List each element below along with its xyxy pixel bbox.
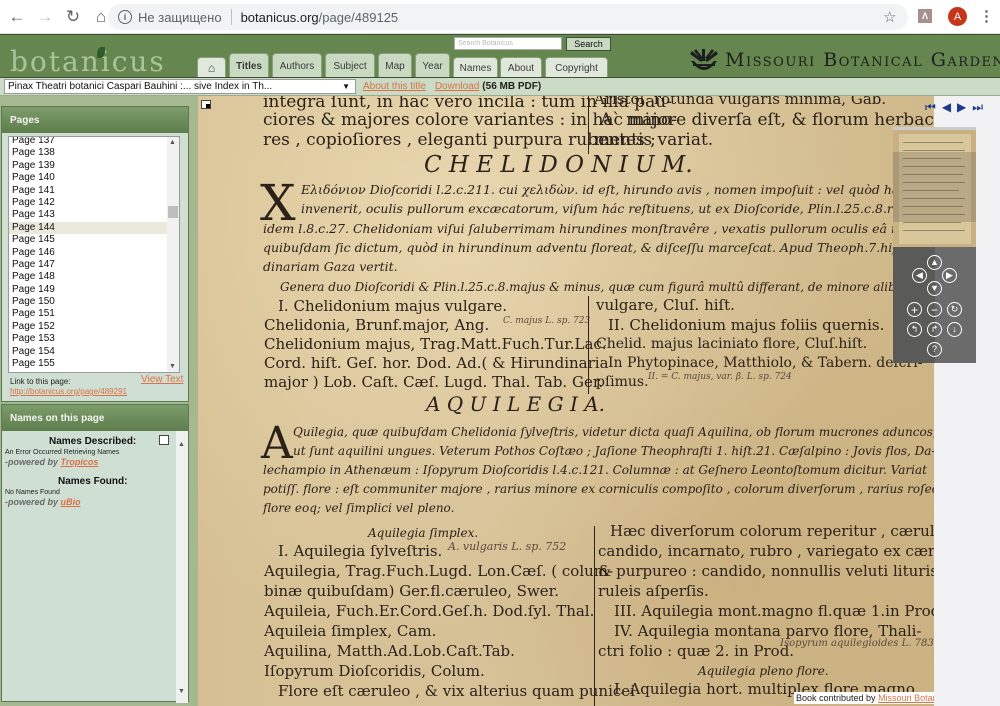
scan-text: A` majore diverſa eſt, & florum herbacei… [600, 112, 934, 129]
bookmark-star-icon[interactable]: ☆ [883, 8, 896, 26]
download-size: (56 MB PDF) [482, 81, 541, 92]
scan-text: Iſopyrum Dioſcoridis, Colum. [264, 664, 485, 679]
page-list-item[interactable]: Page 142 [9, 197, 167, 209]
address-bar[interactable]: i Не защищено botanicus.org/page/489125 [108, 4, 908, 30]
viewport-indicator[interactable] [893, 152, 976, 222]
ubio-link[interactable]: uBio [61, 497, 81, 507]
tab-label: Year [422, 61, 442, 72]
pages-panel: Pages Page 137Page 138Page 139Page 140Pa… [1, 106, 189, 402]
pan-left-icon[interactable]: ◀ [912, 268, 927, 283]
browser-toolbar: ← → ↻ ⌂ i Не защищено botanicus.org/page… [0, 0, 1000, 34]
page-list-item[interactable]: Page 152 [9, 321, 167, 333]
scan-text: candido, incarnato, rubro , variegato ex… [598, 544, 934, 559]
page-list-item[interactable]: Page 141 [9, 185, 167, 197]
drop-cap: A [261, 422, 293, 466]
scroll-up-icon[interactable]: ▲ [178, 441, 185, 448]
info-icon[interactable]: i [118, 10, 132, 24]
scan-text: Hæc diverſorum colorum reperitur , cærul… [610, 524, 934, 539]
scan-text: Aquilegia, Trag.Fuch.Lugd. Lon.Cæſ. ( co… [264, 564, 613, 579]
link-label: Link to this page: [10, 377, 70, 386]
tab-home[interactable]: ⌂ [197, 57, 226, 78]
botanicus-logo[interactable]: botanicus [10, 47, 166, 77]
zoom-out-icon[interactable]: − [927, 302, 942, 317]
scan-text: ruleis aſperſis. [598, 584, 709, 599]
scan-text: I. Chelidonium majus vulgare. [278, 299, 507, 314]
names-body: Names Described: An Error Occurred Retri… [2, 431, 188, 703]
pages-listbox[interactable]: Page 137Page 138Page 139Page 140Page 141… [8, 136, 180, 373]
viewer-controls: ▲ ◀ ▶ ▼ + − ↻ ↰ ↱ ↓ ? [893, 247, 976, 363]
contributed-label: Book contributed by [796, 693, 878, 703]
handwritten-note: A. vulgaris L. sp. 752 [448, 540, 566, 553]
handwritten-note: Isopyrum aquilegioides L. 783 [780, 638, 934, 649]
scan-text: idem l.8.c.27. Chelidoniam viſui ſaluber… [263, 223, 934, 236]
powered-by-tropicos: -powered by Tropicos [5, 457, 98, 467]
pan-right-icon[interactable]: ▶ [942, 268, 957, 283]
page-list-item[interactable]: Page 155 [9, 358, 167, 370]
url-host: botanicus.org [241, 10, 319, 25]
scan-text: III. Aquilegia mont.magno fl.quæ 1.in Pr… [614, 604, 934, 619]
scan-text: Chelidonium majus, Trag.Matt.Fuch.Tur.La… [264, 337, 607, 352]
scan-text: Genera duo Dioſcoridi & Plin.l.25.c.8.ma… [280, 281, 934, 293]
scan-text: II. Chelidonium majus foliis quernis. [608, 318, 884, 333]
scan-text: Quilegia, quæ quibuſdam Chelidonia ſylve… [293, 426, 934, 438]
handwritten-note: C. majus L. sp. 723 [503, 316, 590, 326]
scan-text: Chelidonia, Brunf.major, Ang. [264, 318, 489, 333]
contributed-by-label: Book contributed by Missouri Botanical G… [794, 692, 934, 704]
page-thumbnail[interactable] [893, 127, 976, 247]
fullscreen-toggle-icon[interactable] [201, 100, 211, 109]
pdf-extension-icon[interactable]: Λ [918, 9, 932, 23]
scan-text: dinariam Gaza vertit. [263, 261, 398, 274]
view-text-link[interactable]: View Text [141, 374, 183, 385]
title-select[interactable]: Pinax Theatri botanici Caspari Bauhini :… [4, 79, 356, 94]
found-message: No Names Found [5, 489, 60, 496]
tab-copyright[interactable]: Copyright [545, 57, 608, 78]
scan-text: pſimus. [596, 375, 649, 389]
scan-text: binæ quibuſdam) Ger.fl.cæruleo, Swer. [264, 584, 559, 599]
scan-text: IV. Aquilegia montana parvo flore, Thali… [614, 624, 922, 639]
rotate-icon[interactable]: ↻ [947, 302, 962, 317]
described-message: An Error Occurred Retrieving Names [5, 449, 119, 456]
tab-label: Titles [236, 61, 262, 72]
mbg-emblem-icon [688, 47, 720, 75]
page-list-item[interactable]: Page 147 [9, 259, 167, 271]
rotate-left-icon[interactable]: ↰ [907, 322, 922, 337]
scroll-up-icon[interactable]: ▲ [169, 139, 176, 146]
scan-text: Aquileia ſimplex, Cam. [264, 624, 436, 639]
security-label: Не защищено [138, 10, 222, 25]
tab-subject[interactable]: Subject [325, 53, 375, 78]
names-scrollbar[interactable]: ▲ ▼ [176, 431, 188, 703]
selected-title: Pinax Theatri botanici Caspari Bauhini :… [8, 81, 272, 92]
scan-text: potiſſ. flore : eſt communiter majore , … [263, 483, 934, 495]
names-panel: Names on this page Names Described: An E… [1, 404, 189, 702]
page-list-item[interactable]: Page 146 [9, 247, 167, 259]
column-rule [594, 526, 595, 706]
section-heading: A Q U I L E G I A. [426, 394, 605, 414]
browser-menu-icon[interactable]: ⋮ [979, 7, 994, 25]
page-navigator: ⏮ ◀ ▶ ⏭ [925, 100, 983, 115]
names-described-checkbox[interactable] [159, 435, 169, 445]
title-bar: Pinax Theatri botanici Caspari Bauhini :… [0, 77, 1000, 96]
divider [231, 9, 232, 25]
page-permalink[interactable]: http://botanicus.org/page/489291 [10, 387, 127, 396]
scan-text: In Phytopinace, Matthiolo, & Tabern. deſ… [608, 356, 922, 370]
sub-heading: Aquilegia pleno flore. [698, 665, 829, 677]
page-list-item[interactable]: Page 153 [9, 333, 167, 345]
page-list-item[interactable]: Page 143 [9, 209, 167, 221]
tab-names[interactable]: Names [453, 57, 498, 78]
pan-up-icon[interactable]: ▲ [927, 255, 942, 270]
scan-text: ut ſunt aquilini ungues. Veterum Pothos … [293, 445, 934, 457]
page-list-item[interactable]: Page 139 [9, 160, 167, 172]
home-icon: ⌂ [208, 61, 215, 75]
scan-text: invenerit, oculis pullorum excæcatorum, … [301, 203, 934, 216]
names-described-heading: Names Described: [49, 436, 136, 447]
scan-text: Chelid. majus laciniato flore, Cluſ.hiſt… [596, 337, 867, 351]
previous-page-icon[interactable]: ◀ [942, 100, 951, 115]
page-list-item[interactable]: Page 149 [9, 284, 167, 296]
sub-heading: Aquilegia ſimplex. [368, 527, 478, 539]
scan-text: Cord. hiſt. Geſ. hor. Dod. Ad.( & Hirund… [264, 356, 609, 371]
scan-text: Aquileia, Fuch.Er.Cord.Geſ.h. Dod.ſyl. T… [264, 604, 594, 619]
tab-authors[interactable]: Authors [272, 53, 322, 78]
pan-down-icon[interactable]: ▼ [927, 281, 942, 296]
tab-titles[interactable]: Titles [229, 53, 269, 78]
scan-text: mentis variat. [594, 132, 713, 149]
url-path: /page/489125 [319, 10, 399, 25]
tab-year[interactable]: Year [415, 53, 450, 78]
search-input[interactable]: Search Botanicus [454, 37, 562, 50]
column-rule [588, 96, 589, 154]
tab-label: Authors [280, 61, 314, 72]
scan-text: flore eoq; vel ſimplici vel pleno. [263, 502, 454, 514]
page-list-item[interactable]: Page 144 [9, 222, 167, 234]
scan-text: Ελιδόνιον Dioſcoridi l.2.c.211. cui χελι… [301, 184, 934, 197]
scan-text: Flore eſt cæruleo , & vix alterius quam … [278, 684, 635, 699]
tab-about[interactable]: About [500, 57, 542, 78]
dropdown-arrow-icon: ▼ [342, 80, 350, 93]
page-list-item[interactable]: Page 138 [9, 147, 167, 159]
scan-text: lechampio in Athenæum : Iſopyrum Dioſcor… [263, 464, 927, 476]
tab-label: About [508, 63, 534, 74]
tab-label: Subject [333, 61, 366, 72]
first-page-icon[interactable]: ⏮ [925, 100, 936, 115]
back-button[interactable]: ← [6, 6, 28, 28]
profile-avatar[interactable]: A [948, 7, 967, 26]
scan-text: I. Aquilegia ſylveſtris. [278, 544, 442, 559]
reload-button[interactable]: ↻ [62, 6, 84, 28]
scan-text: quibuſdam ſic dictum, quòd in hirundinum… [263, 242, 934, 255]
scroll-thumb[interactable] [168, 206, 178, 218]
page-list-item[interactable]: Page 150 [9, 296, 167, 308]
tab-label: Map [385, 61, 404, 72]
section-heading: C H E L I D O N I U M. [424, 154, 693, 177]
tab-map[interactable]: Map [378, 53, 412, 78]
scan-text: Aquilina, Matth.Ad.Lob.Caſt.Tab. [264, 644, 515, 659]
zoom-in-icon[interactable]: + [907, 302, 922, 317]
tropicos-link[interactable]: Tropicos [61, 457, 99, 467]
page-list-item[interactable]: Page 140 [9, 172, 167, 184]
search-button[interactable]: Search [566, 37, 611, 51]
rotate-right-icon[interactable]: ↱ [927, 322, 942, 337]
page-list-item[interactable]: Page 137 [9, 136, 167, 147]
names-found-heading: Names Found: [58, 476, 127, 487]
scan-text: Aristol. rotunda vulgaris minima, Gab. [594, 96, 886, 107]
handwritten-note: II. = C. majus, var. β. L. sp. 724 [648, 372, 792, 382]
sidebar: Pages Page 137Page 138Page 139Page 140Pa… [0, 96, 196, 706]
scan-text: vulgare, Cluſ. hiſt. [596, 298, 735, 313]
panel-heading: Pages [2, 107, 188, 133]
scroll-down-icon[interactable]: ▼ [178, 688, 185, 695]
contributor-link[interactable]: Missouri Botanical Garden [878, 693, 934, 703]
about-title-link[interactable]: About this title [363, 81, 426, 92]
powered-label: -powered by [5, 497, 61, 507]
tab-label: Copyright [555, 63, 598, 74]
pages-scrollbar[interactable]: ▲ ▼ [167, 137, 179, 372]
scan-text: ctri folio : quæ 2. in Prod. [598, 644, 794, 659]
download-link[interactable]: Download [435, 81, 479, 92]
page-list-item[interactable]: Page 145 [9, 234, 167, 246]
page-list-item[interactable]: Page 154 [9, 346, 167, 358]
panel-heading: Names on this page [2, 405, 188, 431]
tab-label: Names [460, 63, 492, 74]
scan-text: major ) Lob. Caſt. Cæſ. Lugd. Thal. Tab.… [264, 375, 603, 390]
column-rule [588, 296, 589, 394]
download-arrow-icon[interactable]: ↓ [947, 322, 962, 337]
page-scan-viewer[interactable]: integra ſunt, in hac vero incila : tum i… [196, 96, 934, 706]
page-list-item[interactable]: Page 151 [9, 308, 167, 320]
pages-container: Page 137Page 138Page 139Page 140Page 141… [9, 136, 179, 370]
partner-name[interactable]: Missouri Botanical Garden [725, 49, 1000, 71]
scroll-down-icon[interactable]: ▼ [169, 363, 176, 370]
last-page-icon[interactable]: ⏭ [972, 100, 983, 115]
scan-text: & purpureo : candido, nonnullis veluti l… [598, 564, 934, 579]
next-page-icon[interactable]: ▶ [957, 100, 966, 115]
powered-by-ubio: -powered by uBio [5, 497, 81, 507]
powered-label: -powered by [5, 457, 61, 467]
help-icon[interactable]: ? [927, 342, 942, 357]
forward-button[interactable]: → [34, 6, 56, 28]
site-header: botanicus ⌂ Titles Authors Subject Map Y… [0, 34, 1000, 77]
page-list-item[interactable]: Page 148 [9, 271, 167, 283]
